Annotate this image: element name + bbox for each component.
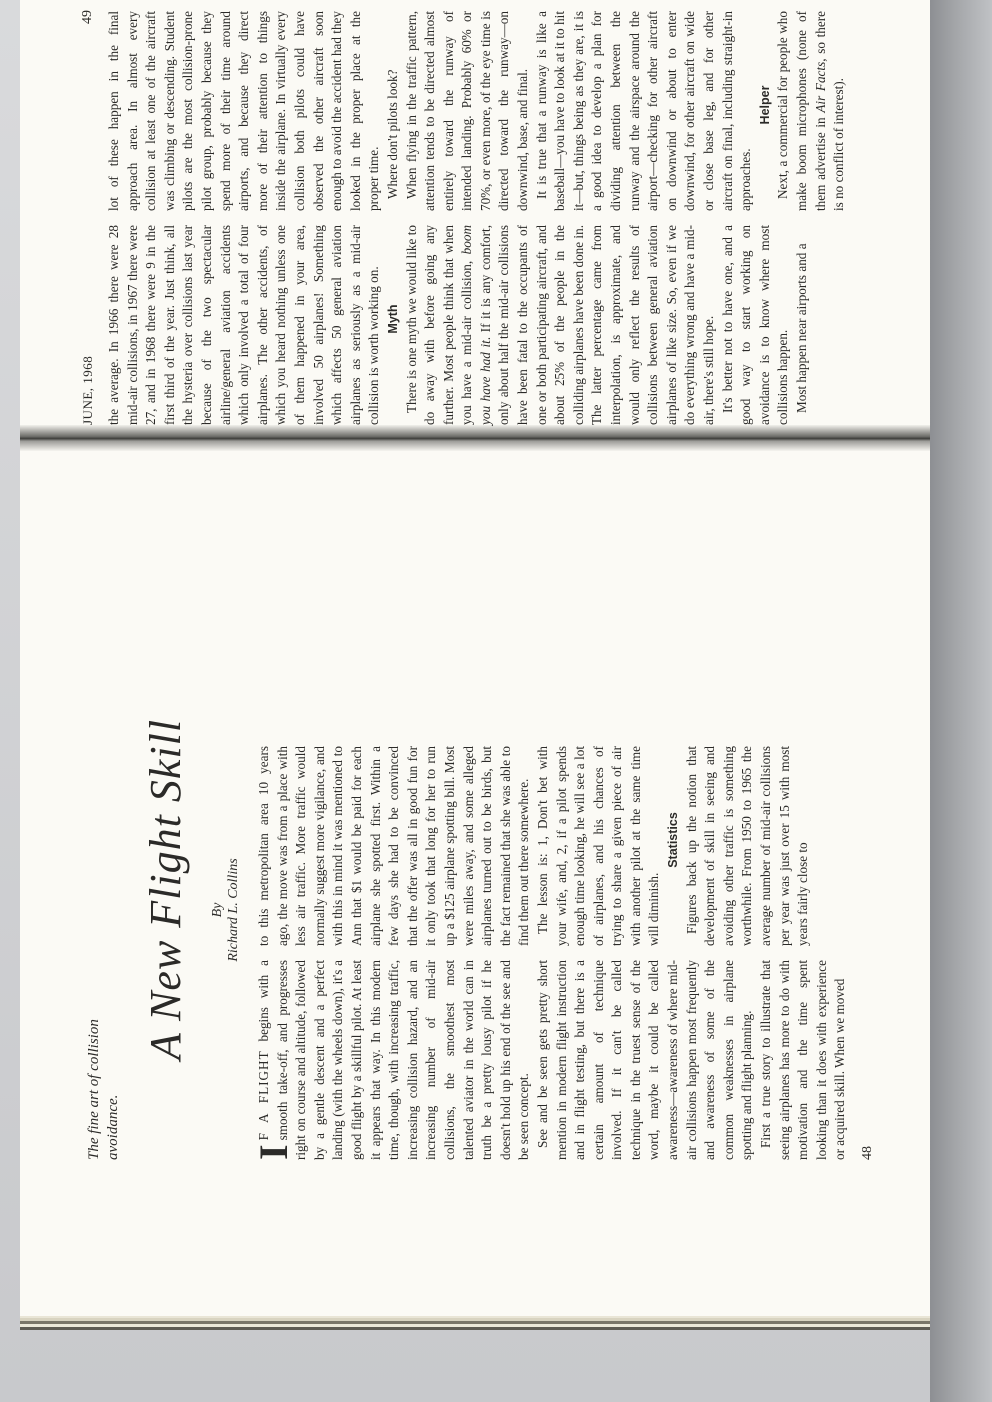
paragraph: Where don't pilots look?: [384, 11, 403, 211]
text-column-1: the average. In 1966 there were 28 mid-a…: [105, 225, 849, 425]
author-name: Richard L. Collins: [226, 825, 242, 995]
text-column-2: to this metropolitan area 10 years ago, …: [255, 746, 850, 946]
background-shadow: [930, 0, 992, 1402]
paragraph: First a true story to illustrate that se…: [757, 960, 850, 1160]
lead-in: F A FLIGHT: [256, 1050, 271, 1140]
page-number: 49: [80, 10, 96, 425]
text-column-1: IF A FLIGHT begins with a smooth take-of…: [255, 960, 850, 1160]
paragraph: lot of these happen in the final approac…: [105, 11, 384, 211]
text-column-2: lot of these happen in the final approac…: [105, 11, 849, 211]
paragraph: Most happen near airports and a: [793, 225, 812, 425]
article-kicker: The fine art of collision avoidance.: [85, 990, 123, 1160]
article-title: A New Flight Skill: [140, 719, 191, 1060]
byline: By Richard L. Collins: [210, 825, 242, 995]
paragraph: See and be seen gets pretty short mentio…: [534, 960, 757, 1160]
byline-prefix: By: [210, 825, 226, 995]
paragraph: Next, a commercial for people who make b…: [774, 11, 848, 211]
paragraph: Figures back up the notion that developm…: [683, 746, 813, 946]
paragraph: It's better not to have one, and a good …: [719, 225, 793, 425]
paragraph: The lesson is: 1, Don't bet with your wi…: [534, 746, 664, 946]
paragraph: When flying in the traffic pattern, atte…: [403, 11, 533, 211]
paragraph: There is one myth we would like to do aw…: [403, 225, 719, 425]
paragraph: It is true that a runway is like a baseb…: [533, 11, 756, 211]
section-heading-helper: Helper: [756, 11, 775, 211]
paragraph: IF A FLIGHT begins with a smooth take-of…: [255, 960, 534, 1160]
section-heading-myth: Myth: [384, 225, 403, 425]
section-heading-statistics: Statistics: [664, 746, 683, 946]
left-page: The fine art of collision avoidance. A N…: [60, 460, 890, 1160]
paragraph: to this metropolitan area 10 years ago, …: [255, 746, 534, 946]
drop-cap: I: [257, 1144, 291, 1160]
book-gutter: [20, 425, 930, 451]
page-number: 48: [860, 1146, 876, 1160]
paragraph: the average. In 1966 there were 28 mid-a…: [105, 225, 384, 425]
right-page: JUNE, 1968 49 the average. In 1966 there…: [60, 10, 890, 425]
